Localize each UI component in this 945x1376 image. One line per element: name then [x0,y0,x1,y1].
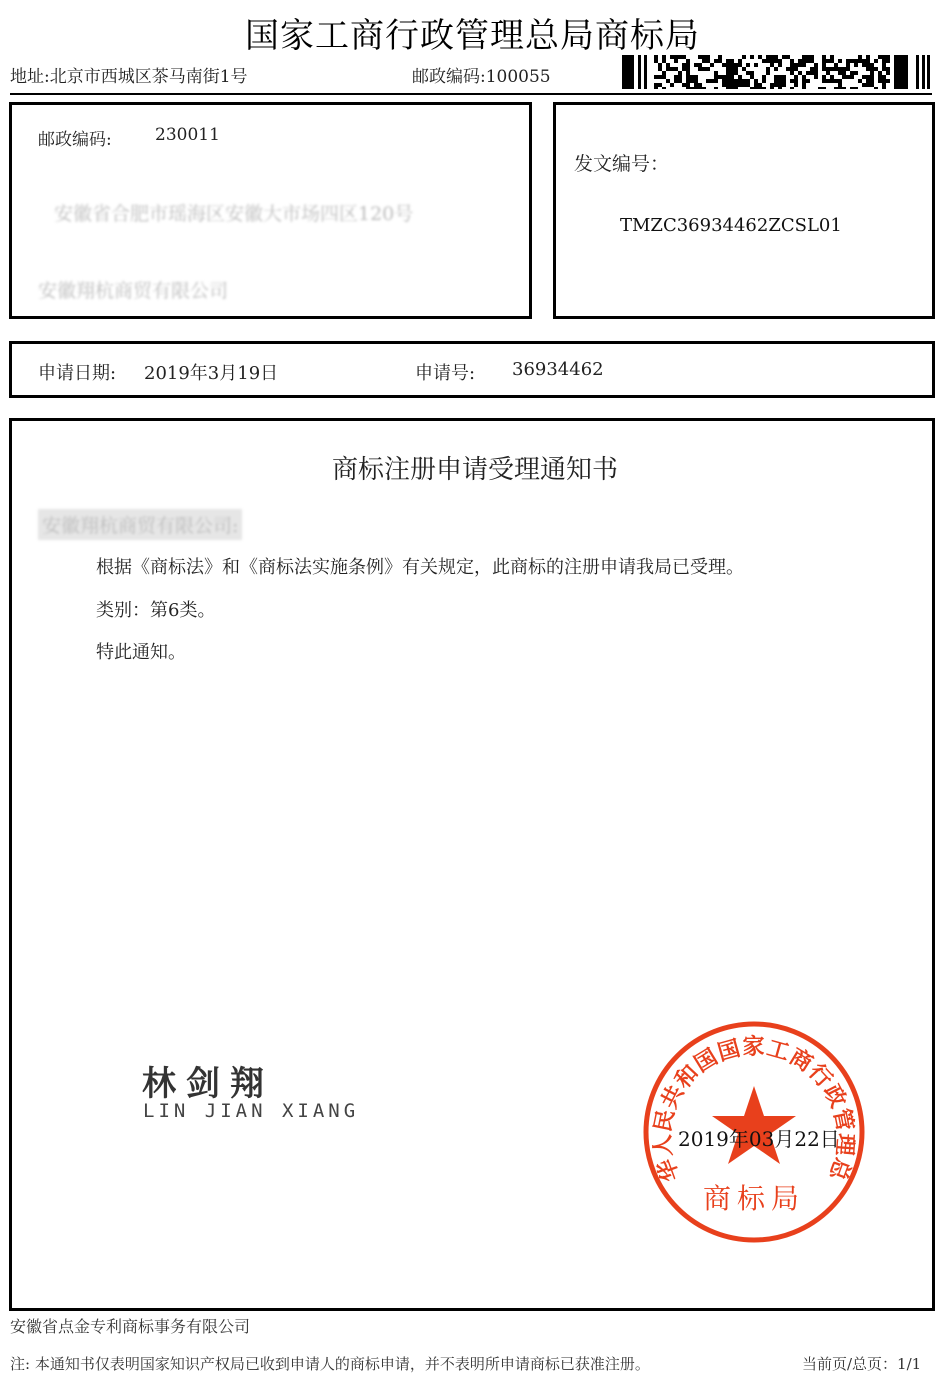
barcode-icon [622,55,930,89]
notice-closing: 特此通知。 [96,638,186,664]
recipient-postal-label: 邮政编码: [38,125,112,150]
recipient-postal-value: 230011 [155,125,220,145]
issuer-address: 地址:北京市西城区茶马南街1号 [10,62,248,87]
recipient-address-redacted: 安徽省合肥市瑶海区安徽大市场四区120号 [54,199,413,226]
trademark-chinese: 林剑翔 [142,1056,274,1105]
trademark-pinyin: LIN JIAN XIANG [143,1100,359,1122]
page-indicator: 当前页/总页：1/1 [802,1353,921,1374]
header-rule [10,93,932,95]
agency-name: 安徽省点金专利商标事务有限公司 [10,1314,250,1337]
application-number-label: 申请号: [415,359,475,385]
recipient-box: 邮政编码: 230011 安徽省合肥市瑶海区安徽大市场四区120号 安徽翔杭商贸… [9,102,532,319]
document-number-value: TMZC36934462ZCSL01 [620,215,842,236]
document-number-label: 发文编号： [574,149,669,176]
document-number-box: 发文编号： TMZC36934462ZCSL01 [553,102,935,319]
footer-note: 注: 本通知书仅表明国家知识产权局已收到申请人的商标申请，并不表明所申请商标已获… [10,1353,650,1374]
svg-text:商标局: 商标局 [703,1182,805,1215]
notice-line: 根据《商标法》和《商标法实施条例》有关规定，此商标的注册申请我局已受理。 [96,553,744,579]
notice-title: 商标注册申请受理通知书 [12,449,938,486]
issuer-postal-code: 邮政编码:100055 [412,62,551,87]
recipient-company-redacted: 安徽翔杭商贸有限公司 [38,276,228,303]
application-box: 申请日期: 2019年3月19日 申请号: 36934462 [9,341,935,398]
application-number-value: 36934462 [512,359,604,380]
seal-date-stamp: 2019年03月22日 [678,1123,840,1152]
application-date-label: 申请日期: [38,359,116,385]
application-date-value: 2019年3月19日 [144,359,278,385]
issuer-title: 国家工商行政管理总局商标局 [0,8,945,57]
addressee-redacted: 安徽翔杭商贸有限公司: [38,509,242,540]
notice-class: 类别：第6类。 [96,596,215,622]
